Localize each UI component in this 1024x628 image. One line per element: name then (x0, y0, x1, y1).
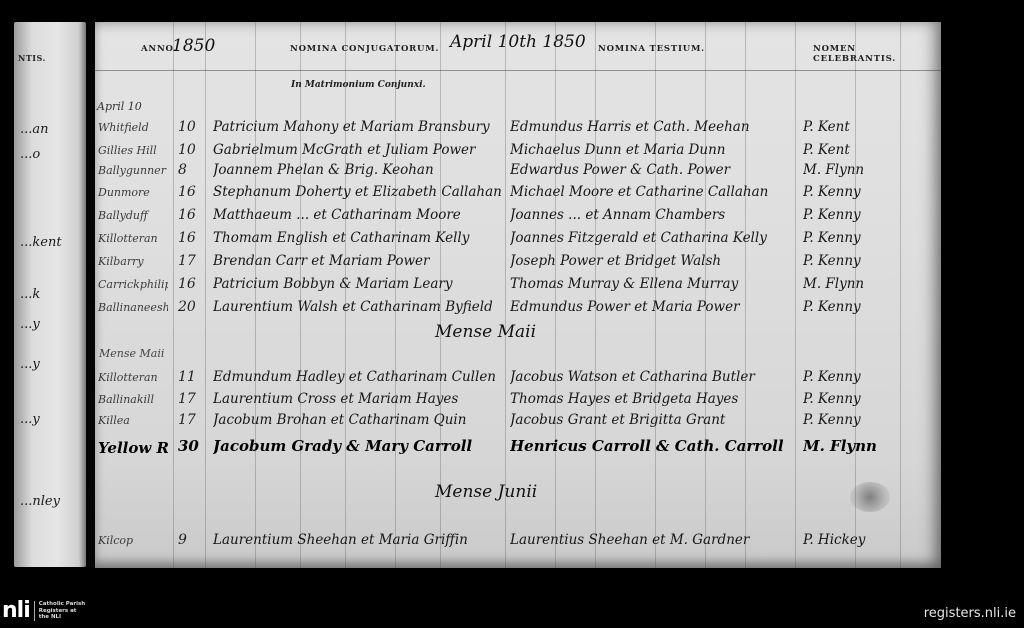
entry-celebrant: M. Flynn (803, 276, 923, 292)
register-entry: Killotteran 16 Thomam English et Cathari… (95, 230, 941, 250)
entry-day: 17 (178, 253, 196, 269)
register-image-viewer[interactable]: NTIS. ...an ...o ...kent ...k ...y ...y … (0, 0, 1024, 628)
entry-day: 16 (178, 276, 196, 292)
nli-branding[interactable]: nli Catholic Parish Registers at the NLI (2, 600, 85, 622)
left-page-header-fragment: NTIS. (18, 53, 46, 63)
entry-place: Gillies Hill (98, 144, 168, 157)
entry-celebrant: M. Flynn (803, 437, 923, 455)
month-margin-may: Mense Maii (99, 347, 164, 360)
entry-place: Kilbarry (98, 255, 168, 268)
entry-day: 11 (178, 369, 196, 385)
register-entry: Ballygunner 8 Joannem Phelan & Brig. Keo… (95, 162, 941, 182)
entry-place: Killea (98, 414, 168, 427)
entry-day: 16 (178, 230, 196, 246)
entry-witnesses: Michael Moore et Catharine Callahan (510, 184, 800, 200)
entry-day: 9 (178, 532, 187, 548)
ink-stain (850, 482, 890, 512)
entry-witnesses: Joannes Fitzgerald et Catharina Kelly (510, 230, 800, 246)
left-page-fragment: ...an (20, 122, 49, 137)
entry-spouses: Matthaeum ... et Catharinam Moore (213, 207, 513, 223)
entry-place: Ballinakill (98, 393, 168, 406)
register-entry: Carrickphilip 16 Patricium Bobbyn & Mari… (95, 276, 941, 296)
entry-spouses: Laurentium Cross et Mariam Hayes (213, 391, 513, 407)
entry-witnesses: Jacobus Watson et Catharina Butler (510, 369, 800, 385)
entry-celebrant: P. Kent (803, 142, 923, 158)
entry-day: 20 (178, 299, 196, 315)
entry-witnesses: Joseph Power et Bridget Walsh (510, 253, 800, 269)
entry-witnesses: Edmundus Harris et Cath. Meehan (510, 119, 800, 135)
column-header-spouses: NOMINA CONJUGATORUM. (290, 44, 439, 54)
entry-day: 10 (178, 142, 196, 158)
month-label-april: April 10 (97, 100, 142, 113)
left-page-fragment: ...y (20, 357, 40, 372)
entry-place: Ballygunner (98, 164, 168, 177)
register-entry: Killea 17 Jacobum Brohan et Catharinam Q… (95, 412, 941, 432)
entry-spouses: Patricium Bobbyn & Mariam Leary (213, 276, 513, 292)
month-heading-june: Mense Junii (435, 482, 537, 502)
entry-celebrant: P. Kenny (803, 369, 923, 385)
entry-place: Whitfield (98, 121, 168, 134)
brand-caption: Catholic Parish Registers at the NLI (39, 601, 85, 621)
entry-place: Yellow R. (98, 439, 168, 457)
register-page: ANNO. 1850 NOMINA CONJUGATORUM. April 10… (95, 22, 941, 568)
entry-day: 10 (178, 119, 196, 135)
brand-line: Catholic Parish (39, 601, 85, 607)
left-page-fragment: ...y (20, 317, 40, 332)
left-facing-page: NTIS. ...an ...o ...kent ...k ...y ...y … (14, 22, 86, 567)
entry-spouses: Brendan Carr et Mariam Power (213, 253, 513, 269)
register-entry: Killotteran 11 Edmundum Hadley et Cathar… (95, 369, 941, 389)
entry-place: Ballinaneeshagh (98, 301, 168, 314)
entry-day: 8 (178, 162, 187, 178)
entry-spouses: Joannem Phelan & Brig. Keohan (213, 162, 513, 178)
entry-celebrant: P. Kenny (803, 391, 923, 407)
entry-witnesses: Michaelus Dunn et Maria Dunn (510, 142, 800, 158)
entry-celebrant: P. Kenny (803, 299, 923, 315)
entry-place: Ballyduff (98, 209, 168, 222)
site-url-link[interactable]: registers.nli.ie (924, 606, 1016, 621)
register-entry: Kilcop 9 Laurentium Sheehan et Maria Gri… (95, 532, 941, 552)
entry-place: Carrickphilip (98, 278, 168, 291)
entry-witnesses: Henricus Carroll & Cath. Carroll (510, 437, 800, 455)
left-page-fragment: ...k (20, 287, 40, 302)
register-entry: Gillies Hill 10 Gabrielmum McGrath et Ju… (95, 142, 941, 162)
entry-place: Kilcop (98, 534, 168, 547)
entry-celebrant: P. Hickey (803, 532, 923, 548)
entry-spouses: Jacobum Grady & Mary Carroll (213, 437, 513, 455)
entry-place: Dunmore (98, 186, 168, 199)
left-page-fragment: ...o (20, 147, 40, 162)
date-handwritten: April 10th 1850 (450, 32, 586, 52)
register-entry: Kilbarry 17 Brendan Carr et Mariam Power… (95, 253, 941, 273)
entry-spouses: Patricium Mahony et Mariam Bransbury (213, 119, 513, 135)
left-page-fragment: ...kent (20, 235, 62, 250)
entry-witnesses: Edmundus Power et Maria Power (510, 299, 800, 315)
year-handwritten: 1850 (172, 36, 215, 56)
register-entry: Ballyduff 16 Matthaeum ... et Catharinam… (95, 207, 941, 227)
column-header-celebrant: NOMEN CELEBRANTIS. (813, 44, 941, 64)
register-entry: Ballinakill 17 Laurentium Cross et Maria… (95, 391, 941, 411)
month-heading-may: Mense Maii (435, 322, 536, 342)
brand-line: Registers at (39, 608, 77, 614)
entry-celebrant: P. Kenny (803, 184, 923, 200)
brand-divider (34, 601, 35, 621)
entry-day: 16 (178, 184, 196, 200)
entry-place: Killotteran (98, 232, 168, 245)
entry-spouses: Gabrielmum McGrath et Juliam Power (213, 142, 513, 158)
left-page-fragment: ...nley (20, 494, 60, 509)
entry-celebrant: P. Kent (803, 119, 923, 135)
subheader-in-matrimonium: In Matrimonium Conjunxi. (291, 80, 426, 90)
entry-celebrant: P. Kenny (803, 253, 923, 269)
entry-day: 16 (178, 207, 196, 223)
entry-witnesses: Thomas Murray & Ellena Murray (510, 276, 800, 292)
entry-spouses: Stephanum Doherty et Elizabeth Callahan (213, 184, 513, 200)
register-entry: Ballinaneeshagh 20 Laurentium Walsh et C… (95, 299, 941, 319)
entry-spouses: Jacobum Brohan et Catharinam Quin (213, 412, 513, 428)
register-entry: Whitfield 10 Patricium Mahony et Mariam … (95, 119, 941, 139)
entry-witnesses: Laurentius Sheehan et M. Gardner (510, 532, 800, 548)
left-page-fragment: ...y (20, 412, 40, 427)
entry-day: 17 (178, 412, 196, 428)
entry-celebrant: P. Kenny (803, 230, 923, 246)
register-entry: Yellow R. 30 Jacobum Grady & Mary Carrol… (95, 437, 941, 457)
brand-line: the NLI (39, 614, 61, 620)
register-entry: Dunmore 16 Stephanum Doherty et Elizabet… (95, 184, 941, 204)
entry-celebrant: M. Flynn (803, 162, 923, 178)
entry-day: 17 (178, 391, 196, 407)
entry-celebrant: P. Kenny (803, 207, 923, 223)
entry-witnesses: Jacobus Grant et Brigitta Grant (510, 412, 800, 428)
entry-spouses: Thomam English et Catharinam Kelly (213, 230, 513, 246)
entry-place: Killotteran (98, 371, 168, 384)
entry-day: 30 (178, 437, 199, 455)
column-header-witnesses: NOMINA TESTIUM. (598, 44, 705, 54)
entry-witnesses: Thomas Hayes et Bridgeta Hayes (510, 391, 800, 407)
entry-spouses: Laurentium Sheehan et Maria Griffin (213, 532, 513, 548)
entry-spouses: Edmundum Hadley et Catharinam Cullen (213, 369, 513, 385)
nli-logo-icon: nli (2, 600, 30, 622)
entry-celebrant: P. Kenny (803, 412, 923, 428)
entry-witnesses: Edwardus Power & Cath. Power (510, 162, 800, 178)
entry-witnesses: Joannes ... et Annam Chambers (510, 207, 800, 223)
entry-spouses: Laurentium Walsh et Catharinam Byfield (213, 299, 513, 315)
